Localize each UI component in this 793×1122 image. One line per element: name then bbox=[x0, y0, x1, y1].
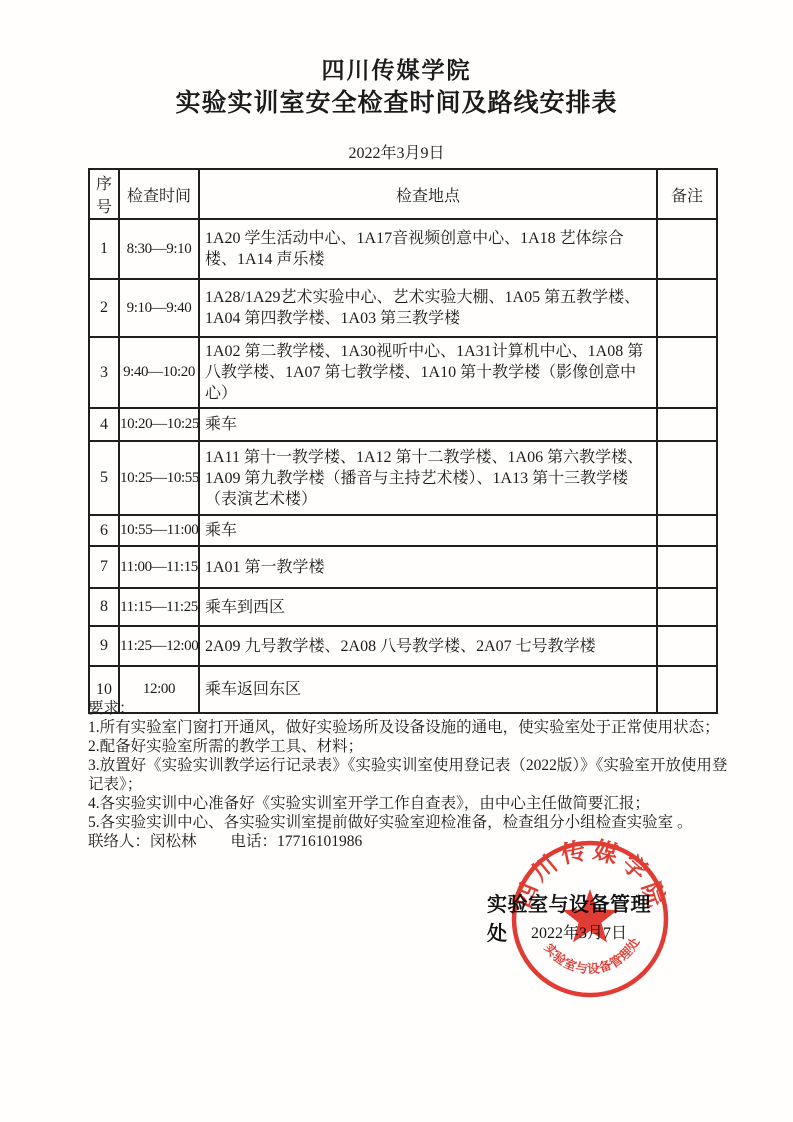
table-row: 4 10:20—10:25 乘车 bbox=[89, 408, 717, 441]
requirements-heading: 要求： bbox=[88, 699, 732, 718]
table-row: 5 10:25—10:55 1A11 第十一教学楼、1A12 第十二教学楼、1A… bbox=[89, 441, 717, 515]
table-row: 1 8:30—9:10 1A20 学生活动中心、1A17音视频创意中心、1A18… bbox=[89, 219, 717, 279]
time-cell: 10:55—11:00 bbox=[119, 515, 199, 546]
no-cell: 8 bbox=[89, 588, 119, 626]
seal-star-icon bbox=[562, 889, 617, 942]
location-cell: 1A02 第二教学楼、1A30视听中心、1A31计算机中心、1A08 第八教学楼… bbox=[199, 337, 657, 408]
time-cell: 11:15—11:25 bbox=[119, 588, 199, 626]
time-cell: 10:20—10:25 bbox=[119, 408, 199, 441]
remark-cell bbox=[657, 279, 717, 337]
location-cell: 2A09 九号教学楼、2A08 八号教学楼、2A07 七号教学楼 bbox=[199, 626, 657, 666]
contact-phone: 电话：17716101986 bbox=[231, 833, 363, 850]
location-cell: 1A01 第一教学楼 bbox=[199, 546, 657, 588]
document-title: 实验实训室安全检查时间及路线安排表 bbox=[0, 88, 793, 120]
scanned-document-page: 四川传媒学院 实验实训室安全检查时间及路线安排表 2022年3月9日 序号 检查… bbox=[0, 0, 793, 1122]
no-cell: 4 bbox=[89, 408, 119, 441]
time-cell: 9:10—9:40 bbox=[119, 279, 199, 337]
requirement-item: 5.各实验实训中心、各实验实训室提前做好实验室迎检准备，检查组分小组检查实验室 … bbox=[88, 813, 732, 832]
requirement-item: 1.所有实验室门窗打开通风，做好实验场所及设备设施的通电，使实验室处于正常使用状… bbox=[88, 718, 732, 737]
header-no: 序号 bbox=[89, 169, 119, 219]
contact-person: 联络人：闵松林 bbox=[88, 833, 197, 850]
remark-cell bbox=[657, 408, 717, 441]
remark-cell bbox=[657, 515, 717, 546]
no-cell: 9 bbox=[89, 626, 119, 666]
location-cell: 1A28/1A29艺术实验中心、艺术实验大棚、1A05 第五教学楼、1A04 第… bbox=[199, 279, 657, 337]
location-cell: 乘车到西区 bbox=[199, 588, 657, 626]
location-cell: 1A20 学生活动中心、1A17音视频创意中心、1A18 艺体综合楼、1A14 … bbox=[199, 219, 657, 279]
table-row: 6 10:55—11:00 乘车 bbox=[89, 515, 717, 546]
table-row: 3 9:40—10:20 1A02 第二教学楼、1A30视听中心、1A31计算机… bbox=[89, 337, 717, 408]
table-row: 9 11:25—12:00 2A09 九号教学楼、2A08 八号教学楼、2A07… bbox=[89, 626, 717, 666]
no-cell: 3 bbox=[89, 337, 119, 408]
remark-cell bbox=[657, 337, 717, 408]
remark-cell bbox=[657, 588, 717, 626]
time-cell: 11:25—12:00 bbox=[119, 626, 199, 666]
location-cell: 1A11 第十一教学楼、1A12 第十二教学楼、1A06 第六教学楼、1A09 … bbox=[199, 441, 657, 515]
document-header: 四川传媒学院 实验实训室安全检查时间及路线安排表 2022年3月9日 bbox=[0, 56, 793, 163]
table-row: 8 11:15—11:25 乘车到西区 bbox=[89, 588, 717, 626]
remark-cell bbox=[657, 441, 717, 515]
table-header-row: 序号 检查时间 检查地点 备注 bbox=[89, 169, 717, 219]
requirement-item: 3.放置好《实验实训教学运行记录表》《实验实训室使用登记表（2022版）》《实验… bbox=[88, 756, 732, 794]
official-seal-stamp: 四川传媒学院 实验室与设备管理处 bbox=[506, 835, 674, 1003]
document-date: 2022年3月9日 bbox=[0, 140, 793, 163]
seal-bottom-text: 实验室与设备管理处 bbox=[542, 935, 643, 977]
no-cell: 1 bbox=[89, 219, 119, 279]
table-row: 2 9:10—9:40 1A28/1A29艺术实验中心、艺术实验大棚、1A05 … bbox=[89, 279, 717, 337]
header-time: 检查时间 bbox=[119, 169, 199, 219]
time-cell: 8:30—9:10 bbox=[119, 219, 199, 279]
time-cell: 9:40—10:20 bbox=[119, 337, 199, 408]
remark-cell bbox=[657, 546, 717, 588]
time-cell: 11:00—11:15 bbox=[119, 546, 199, 588]
requirement-item: 4.各实验实训中心准备好《实验实训室开学工作自查表》，由中心主任做简要汇报； bbox=[88, 794, 732, 813]
remark-cell bbox=[657, 626, 717, 666]
no-cell: 7 bbox=[89, 546, 119, 588]
no-cell: 2 bbox=[89, 279, 119, 337]
no-cell: 6 bbox=[89, 515, 119, 546]
no-cell: 5 bbox=[89, 441, 119, 515]
header-location: 检查地点 bbox=[199, 169, 657, 219]
remark-cell bbox=[657, 219, 717, 279]
time-cell: 10:25—10:55 bbox=[119, 441, 199, 515]
location-cell: 乘车 bbox=[199, 515, 657, 546]
inspection-schedule-table: 序号 检查时间 检查地点 备注 1 8:30—9:10 1A20 学生活动中心、… bbox=[88, 168, 718, 714]
table-row: 7 11:00—11:15 1A01 第一教学楼 bbox=[89, 546, 717, 588]
header-remark: 备注 bbox=[657, 169, 717, 219]
requirements-section: 要求： 1.所有实验室门窗打开通风，做好实验场所及设备设施的通电，使实验室处于正… bbox=[88, 699, 732, 851]
requirement-item: 2.配备好实验室所需的教学工具、材料； bbox=[88, 737, 732, 756]
school-name: 四川传媒学院 bbox=[0, 56, 793, 86]
svg-text:实验室与设备管理处: 实验室与设备管理处 bbox=[542, 935, 643, 977]
location-cell: 乘车 bbox=[199, 408, 657, 441]
